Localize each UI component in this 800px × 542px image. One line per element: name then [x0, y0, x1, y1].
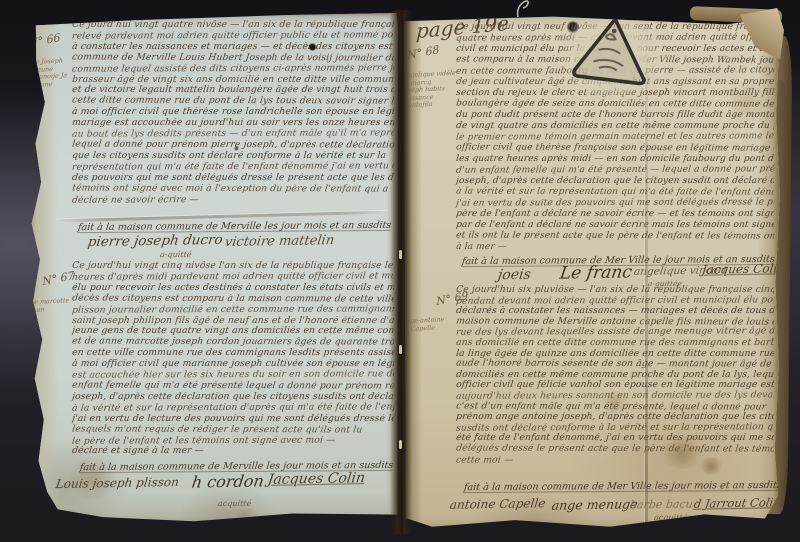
- ink-blot: [234, 146, 239, 151]
- manuscript-line: à moi officier civil que thérèse rose la…: [71, 107, 394, 118]
- manuscript-line: Ce jourd'hui vingt cinq nivôse l'an six …: [71, 261, 394, 272]
- manuscript-line: officier civil que thérèse françoise son…: [455, 142, 774, 154]
- manuscript-line: cette moi —: [455, 454, 774, 466]
- manuscript-line: aude l'honoré barrois sésente de son âge…: [455, 359, 774, 371]
- manuscript-line: déclaré ne savoir écrire —: [71, 194, 394, 206]
- left-page: N° 66 marié Joseph Commune De Launoije J…: [20, 12, 398, 528]
- stamp-area: [560, 11, 664, 101]
- manuscript-line: représentation qui m'a été faite de l'en…: [71, 161, 394, 173]
- manuscript-line: témoins ont signé avec moi à l'exception…: [71, 183, 394, 195]
- manuscript-line: et ils ont lu le présent acte que le pèr…: [455, 230, 774, 242]
- mention-acquitte: a-quitté: [160, 250, 192, 259]
- signature: victoire mattelin: [224, 233, 335, 250]
- manuscript-line: lequel a donné pour prénom pierre joseph…: [71, 139, 394, 151]
- manuscript-line: Ce jourd'hui vingt quatre nivôse — l'an …: [71, 20, 394, 31]
- manuscript-line: élu pour recevoir les actes destinés à c…: [71, 283, 394, 294]
- signature: h cordon: [191, 471, 266, 491]
- act-number: N° 67: [42, 269, 75, 288]
- signature: ange menuge: [551, 496, 639, 512]
- act-2-text: Ce jourd'hui vingt cinq nivôse l'an six …: [72, 261, 394, 457]
- book-gutter: [390, 10, 412, 534]
- manuscript-line: cette ditte commune rue du pont de la ly…: [71, 96, 394, 108]
- manuscript-line: du pont dudit présent acte de l'honoré b…: [455, 110, 774, 121]
- manuscript-line: prénom ange antoine joseph, d'après cett…: [455, 412, 774, 423]
- manuscript-line: que les citoyens susdits ont déclaré con…: [71, 151, 394, 162]
- manuscript-line: à constater les naissances et mariages —…: [71, 42, 394, 53]
- manuscript-line: à moi officier civil que marianne joseph…: [71, 359, 394, 370]
- stain: [66, 458, 120, 500]
- manuscript-line: d'un enfant femelle qui m'a été présenté…: [455, 164, 774, 176]
- manuscript-line: j'ai en vertu de lecture des pouvoirs qu…: [71, 414, 394, 425]
- manuscript-line: commune de Merville Louis Hubert Joseph …: [71, 52, 394, 64]
- signature: joeis: [497, 267, 532, 284]
- manuscript-line: par de l'enfant a déclaré ne savoir écri…: [455, 220, 774, 231]
- manuscript-line: déclaré et signé à la mer —: [71, 446, 394, 457]
- manuscript-line: saint joseph philipon fils âgé de neuf a…: [71, 316, 394, 327]
- manuscript-line: des pouvoirs qui me sont délégués dressé…: [71, 173, 394, 184]
- manuscript-line: commune lequel assisté des dits citoyens…: [71, 63, 394, 75]
- manuscript-line: rue des lys devant lesquelles assisté de…: [455, 327, 774, 339]
- signature: Jacques Colin: [267, 470, 366, 488]
- manuscript-line: les quatre heures après midi — en son do…: [455, 154, 774, 165]
- mention-acquitte: acquitté: [218, 499, 252, 508]
- manuscript-line: officier civil que félicie vanhol son ép…: [455, 380, 774, 391]
- manuscript-line: déclarés à constater les naissances — ma…: [455, 306, 774, 317]
- manuscript-line: joseph, d'après cette déclaration que le…: [71, 392, 394, 403]
- manuscript-line: à la vérité et sur la représentation d'a…: [71, 402, 394, 414]
- manuscript-line: Ce jourd'hui six pluviôse — l'an six de …: [455, 285, 774, 296]
- ink-blot: [308, 43, 317, 51]
- signature: pierre joseph ducro: [87, 232, 224, 250]
- binding-stitch: [399, 250, 402, 259]
- manuscript-line: brasseur âgé de vingt six ans domicilié …: [71, 75, 394, 86]
- manuscript-line: mariage est accouchée au jourd'hui au so…: [71, 118, 394, 129]
- act-1-text: Ce jourd'hui vingt quatre nivôse — l'an …: [72, 20, 394, 205]
- signature: barbe bacu: [629, 497, 694, 511]
- manuscript-line: j'ai en vertu de suite des pouvoirs qui …: [455, 197, 774, 209]
- manuscript-line: domiciliés en cette même commune proche …: [455, 370, 774, 381]
- manuscript-line: en cette ville commune rue des cammignan…: [71, 348, 394, 359]
- stain: [598, 391, 632, 413]
- act-2-text: Ce jourd'hui six pluviôse — l'an six de …: [456, 285, 774, 465]
- signature: antoine Capelle: [449, 496, 547, 512]
- binding-thread: [502, 0, 536, 18]
- manuscript-line: de vingt quatre ans domiciliés en cette …: [455, 121, 774, 132]
- manuscript-line: décès des citoyens est comparu à la mais…: [71, 293, 394, 305]
- right-page: page 19e N° 68 angelique vidèle et marcq…: [402, 13, 780, 532]
- closing-line: fait à la maison commune de Merville les…: [77, 220, 392, 233]
- manuscript-photo: { "left_page": { "acts": [ { "margin_num…: [0, 0, 800, 542]
- manuscript-line: lesquels m'ont requis de rédiger le prés…: [71, 424, 394, 436]
- manuscript-line: été faite de l'enfant dénommé, j'ai en v…: [455, 433, 774, 444]
- manuscript-line: et de anne marcotte joseph cordon jouarn…: [71, 337, 394, 349]
- manuscript-line: enfant femelle qui m'a été présenté lequ…: [71, 380, 394, 392]
- binding-stitch: [399, 345, 402, 354]
- act-number: N° 66: [28, 31, 61, 50]
- manuscript-line: ans domicilié en cette ditte commune rue…: [455, 338, 774, 349]
- mention-acquitte: acquittée: [654, 513, 693, 522]
- stain: [698, 457, 724, 475]
- closing-line: fait à la maison commune de Mer Ville le…: [463, 480, 782, 493]
- signature: Le franc: [558, 262, 633, 283]
- manuscript-line: délégués dressé le présent acte que le p…: [455, 443, 774, 455]
- manuscript-line: la linge âgée de quinze ans domiciliée e…: [455, 349, 774, 360]
- binding-stitch: [399, 440, 402, 449]
- triangular-stamp-icon: [556, 7, 667, 106]
- stain: [732, 73, 762, 133]
- signature: Jacques Colin: [701, 261, 786, 276]
- signature: d Jarrout Colin: [693, 495, 782, 511]
- manuscript-line: père de l'enfant a déclaré ne savoir écr…: [455, 209, 774, 220]
- stain: [230, 508, 260, 524]
- manuscript-line: heures d'après midi pardevant moi adrien…: [71, 271, 394, 283]
- manuscript-line: joseph, d'après cette déclaration que le…: [455, 176, 774, 187]
- manuscript-line: à la mer —: [455, 242, 774, 253]
- manuscript-line: relevé pardevant moi adrien quitté offic…: [71, 30, 394, 42]
- manuscript-line: plisson journalier domicilié en cette co…: [71, 304, 394, 316]
